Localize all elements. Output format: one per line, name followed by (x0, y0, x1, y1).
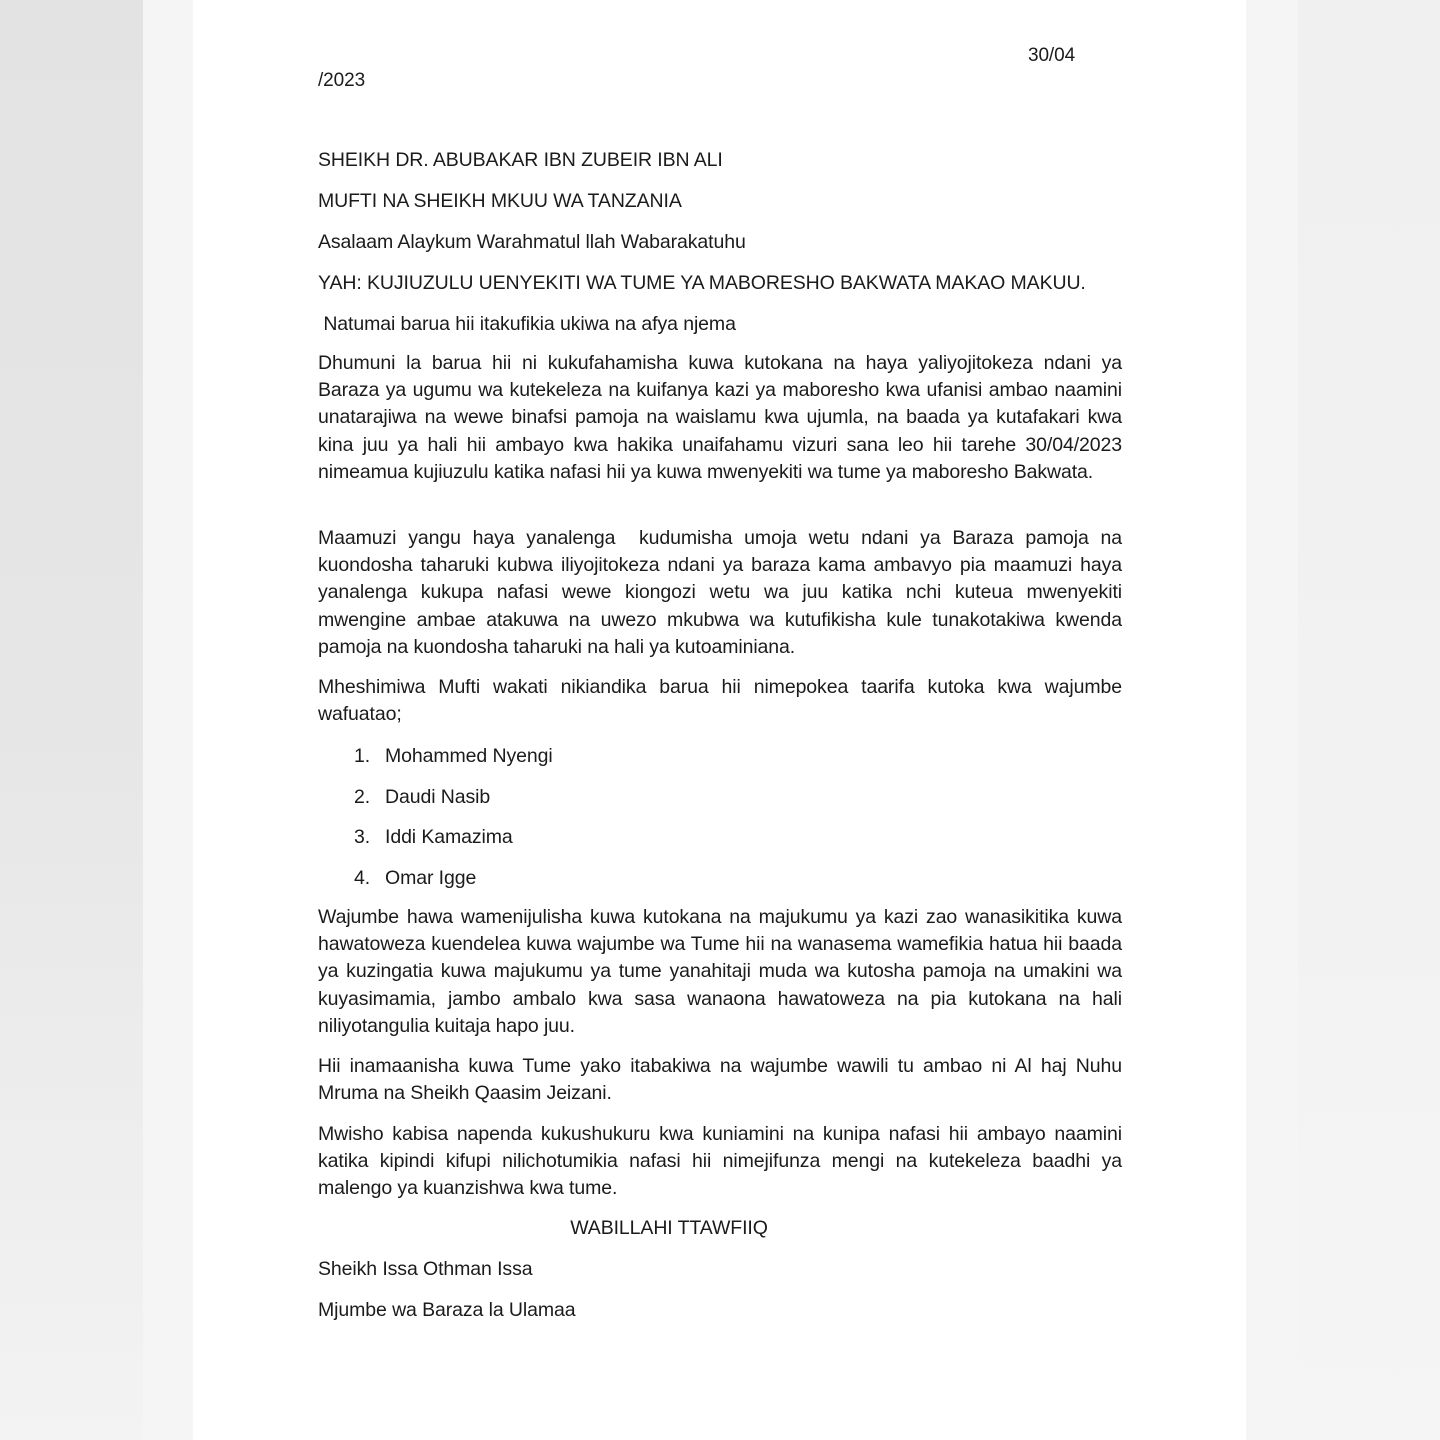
letter-date-part2: /2023 (318, 69, 365, 93)
member-list-item: 4.Omar Igge (354, 866, 476, 890)
member-list-item: 3.Iddi Kamazima (354, 825, 513, 849)
paragraph-purpose: Dhumuni la barua hii ni kukufahamisha ku… (318, 350, 1122, 486)
paragraph-members-reason: Wajumbe hawa wamenijulisha kuwa kutokana… (318, 904, 1122, 1040)
recipient-title: MUFTI NA SHEIKH MKUU WA TANZANIA (318, 189, 682, 213)
signatory-name: Sheikh Issa Othman Issa (318, 1257, 532, 1281)
signatory-title: Mjumbe wa Baraza la Ulamaa (318, 1298, 576, 1322)
background-right-band (1298, 0, 1440, 1440)
member-name: Mohammed Nyengi (385, 745, 553, 767)
paragraph-remaining-members: Hii inamaanisha kuwa Tume yako itabakiwa… (318, 1053, 1122, 1107)
greeting: Asalaam Alaykum Warahmatul llah Wabaraka… (318, 230, 746, 254)
member-name: Daudi Nasib (385, 786, 490, 808)
paragraph-decision: Maamuzi yangu haya yanalenga kudumisha u… (318, 525, 1122, 661)
member-list-item: 1.Mohammed Nyengi (354, 744, 553, 768)
list-number: 2. (354, 785, 385, 809)
list-number: 4. (354, 866, 385, 890)
member-name: Iddi Kamazima (385, 826, 513, 848)
member-name: Omar Igge (385, 867, 476, 889)
subject-line: YAH: KUJIUZULU UENYEKITI WA TUME YA MABO… (318, 271, 1086, 295)
opening-line: Natumai barua hii itakufikia ukiwa na af… (318, 312, 736, 336)
recipient-name: SHEIKH DR. ABUBAKAR IBN ZUBEIR IBN ALI (318, 148, 723, 172)
paragraph-thanks: Mwisho kabisa napenda kukushukuru kwa ku… (318, 1121, 1122, 1203)
list-number: 3. (354, 825, 385, 849)
background-left-band (0, 0, 143, 1440)
document-page: 30/04 /2023 SHEIKH DR. ABUBAKAR IBN ZUBE… (193, 0, 1246, 1440)
closing-salutation: WABILLAHI TTAWFIIQ (318, 1216, 1020, 1240)
paragraph-members-intro: Mheshimiwa Mufti wakati nikiandika barua… (318, 674, 1122, 728)
list-number: 1. (354, 744, 385, 768)
member-list-item: 2.Daudi Nasib (354, 785, 490, 809)
letter-date-part1: 30/04 (1028, 44, 1075, 68)
